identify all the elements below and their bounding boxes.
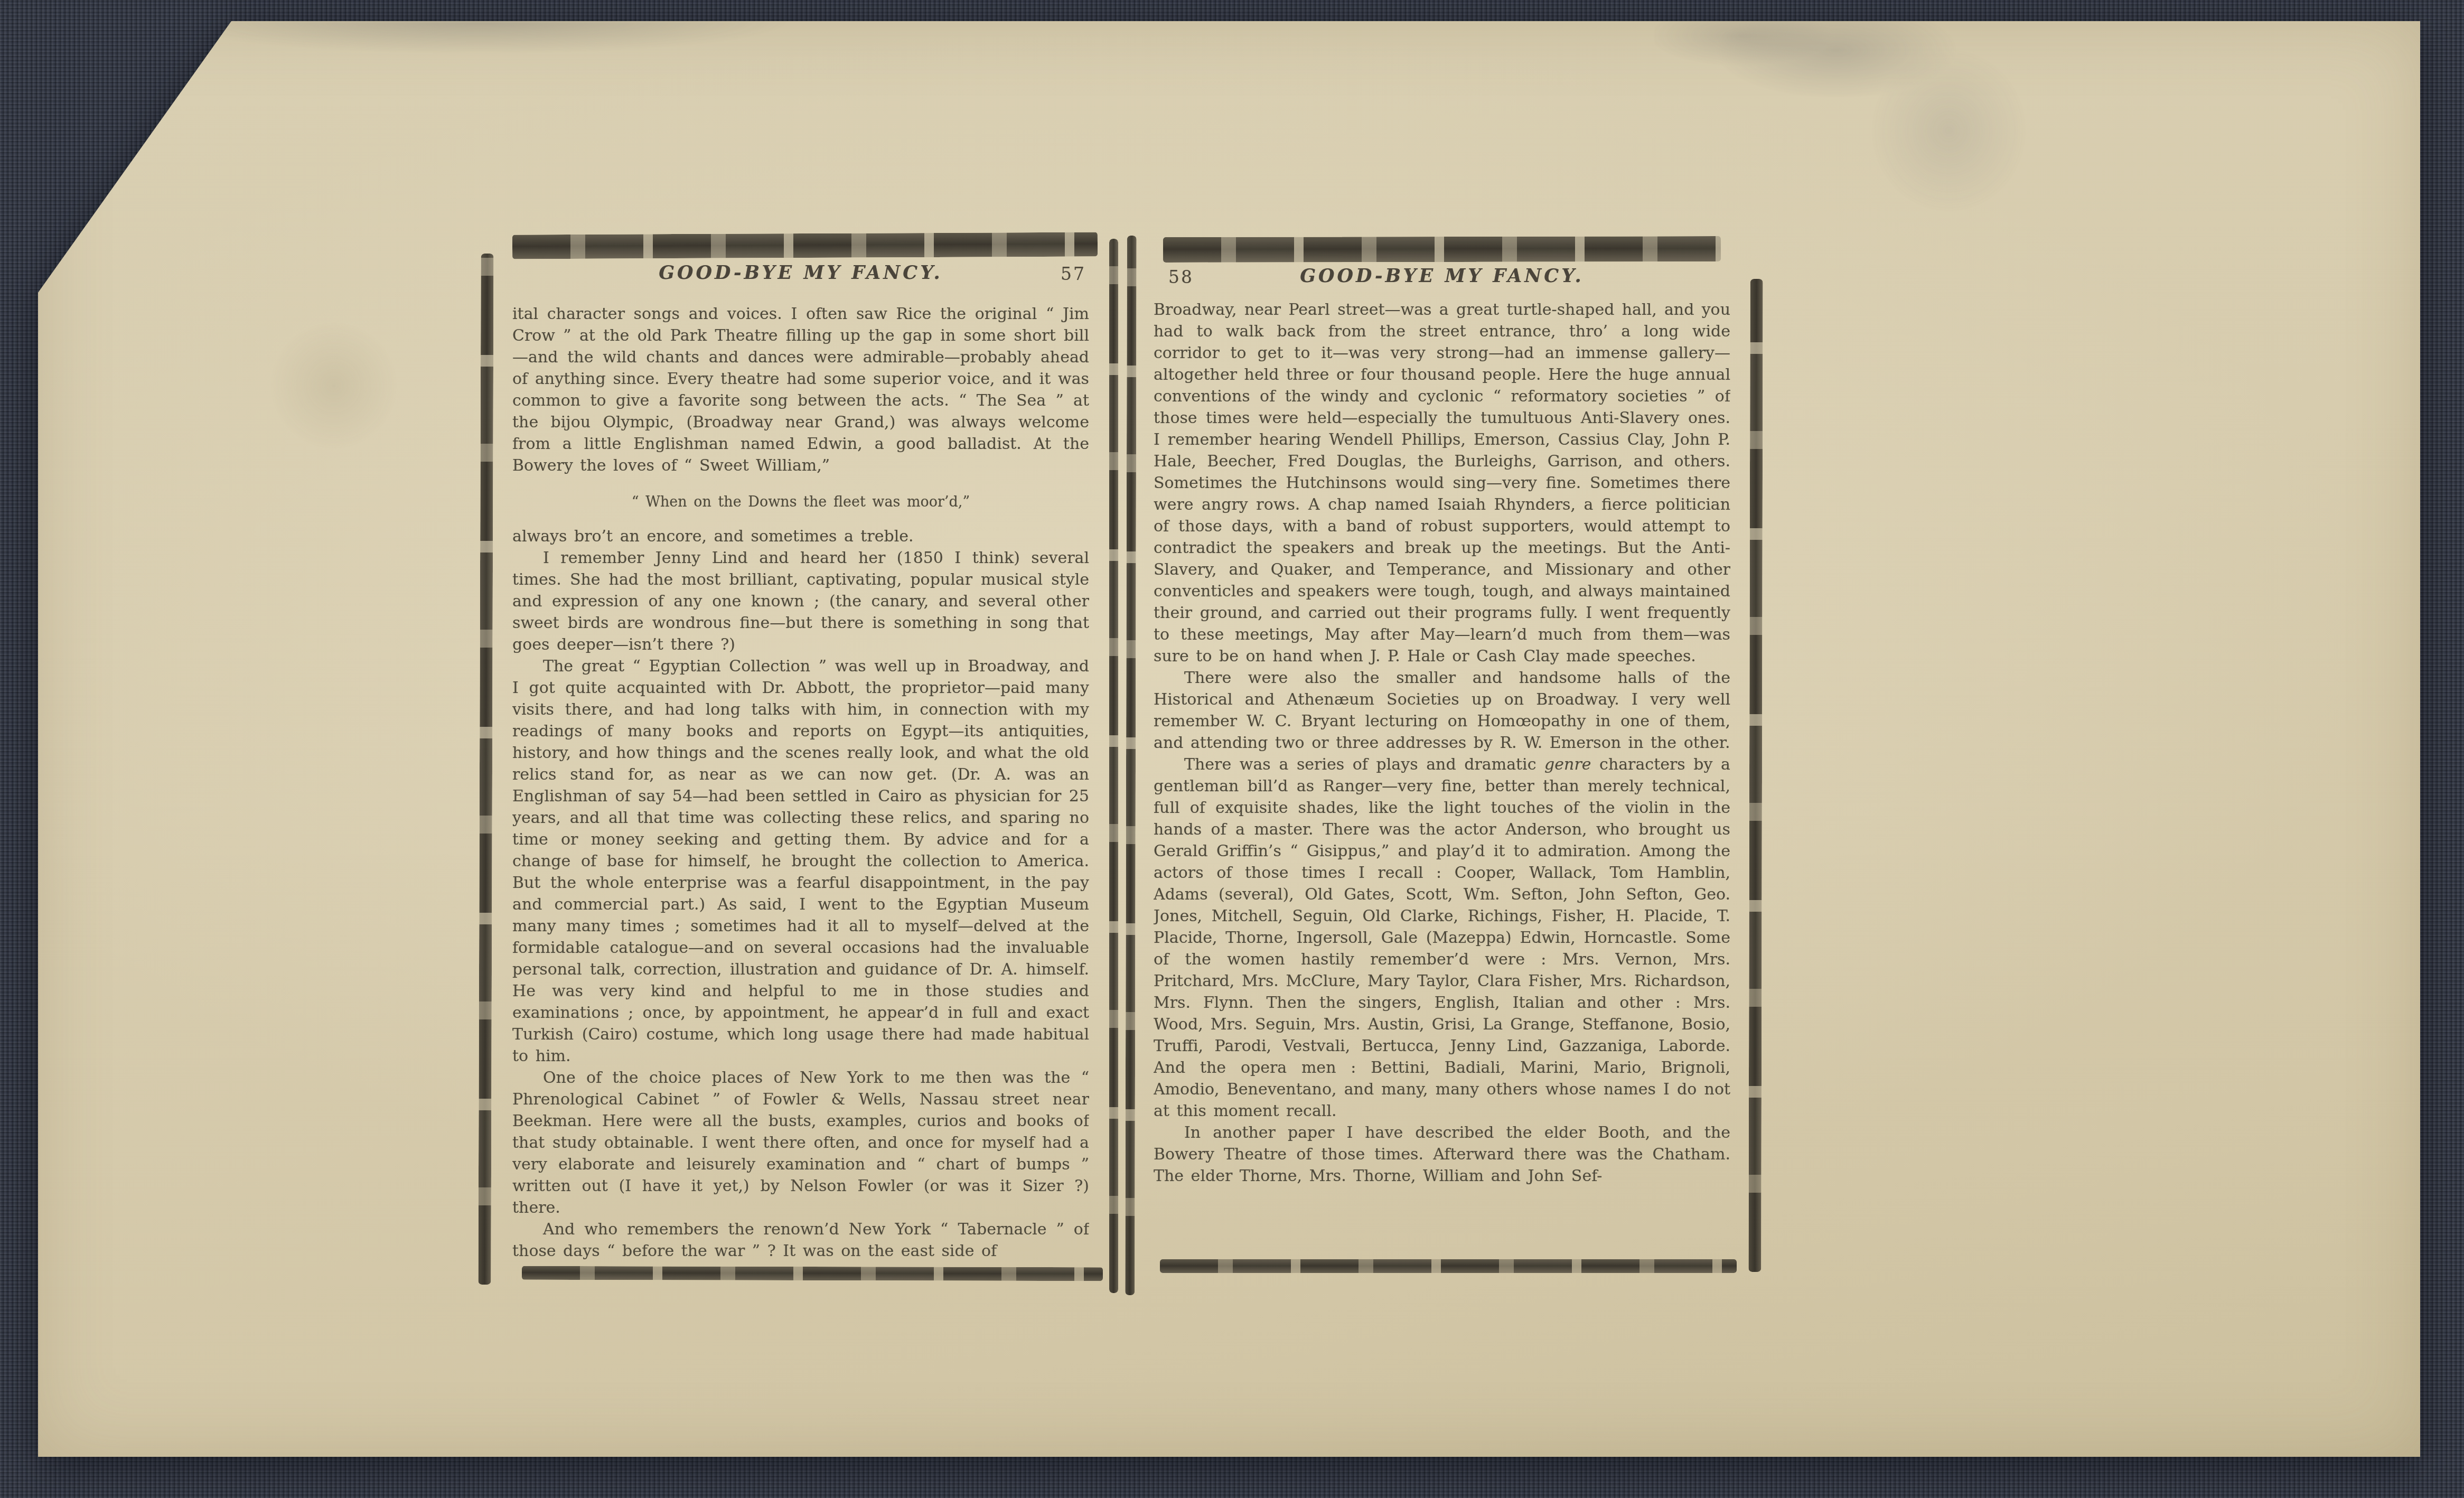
body-paragraph: The great “ Egyptian Collection ” was we…: [512, 656, 1089, 1067]
page58-top-rule: [1163, 236, 1721, 263]
body-paragraph: There was a series of plays and dramatic…: [1154, 754, 1730, 1122]
ink-smudge-top-band: [218, 21, 968, 69]
paper-blemish: [265, 317, 402, 454]
page57-right-border-rule: [1109, 239, 1118, 1293]
paragraph-segment: characters by a gentleman bill’d as Rang…: [1154, 755, 1730, 1120]
page-number-57: 57: [1061, 264, 1086, 284]
running-title-left: GOOD-BYE MY FANCY.: [512, 262, 1089, 284]
paragraph-segment: There was a series of plays and dramatic: [1184, 755, 1544, 774]
page58-text-column: Broadway, near Pearl street—was a great …: [1154, 299, 1730, 1257]
page57-header: GOOD-BYE MY FANCY. 57: [512, 262, 1089, 294]
italic-word-genre: genre: [1544, 755, 1591, 774]
body-paragraph: There were also the smaller and handsome…: [1154, 667, 1730, 754]
page57-bottom-rule: [522, 1266, 1103, 1281]
body-paragraph: always bro’t an encore, and sometimes a …: [512, 526, 1089, 547]
photo-backdrop-fabric: GOOD-BYE MY FANCY. 57 ital character son…: [0, 0, 2464, 1498]
body-paragraph: One of the choice places of New York to …: [512, 1067, 1089, 1219]
page58-header: 58 GOOD-BYE MY FANCY.: [1154, 265, 1730, 297]
page58-right-border-rule: [1748, 279, 1763, 1272]
body-paragraph: And who remembers the renown’d New York …: [512, 1219, 1089, 1261]
page57-text-column: ital character songs and voices. I often…: [512, 303, 1089, 1261]
page57-left-border-rule: [478, 254, 493, 1285]
book-leaf-scan: GOOD-BYE MY FANCY. 57 ital character son…: [38, 21, 2420, 1457]
body-paragraph: ital character songs and voices. I often…: [512, 303, 1089, 476]
running-title-right: GOOD-BYE MY FANCY.: [1154, 265, 1730, 287]
page58-left-border-rule: [1125, 236, 1137, 1295]
verse-quote: “ When on the Downs the fleet was moor’d…: [512, 491, 1089, 513]
body-paragraph: In another paper I have described the el…: [1154, 1122, 1730, 1187]
page57-top-rule: [512, 232, 1098, 259]
page58-bottom-rule: [1160, 1259, 1737, 1273]
body-paragraph: Broadway, near Pearl street—was a great …: [1154, 299, 1730, 667]
body-paragraph: I remember Jenny Lind and heard her (185…: [512, 547, 1089, 656]
ink-smudge-top-right: [1654, 21, 2087, 264]
paper-shadow-wrap: GOOD-BYE MY FANCY. 57 ital character son…: [38, 21, 2420, 1457]
